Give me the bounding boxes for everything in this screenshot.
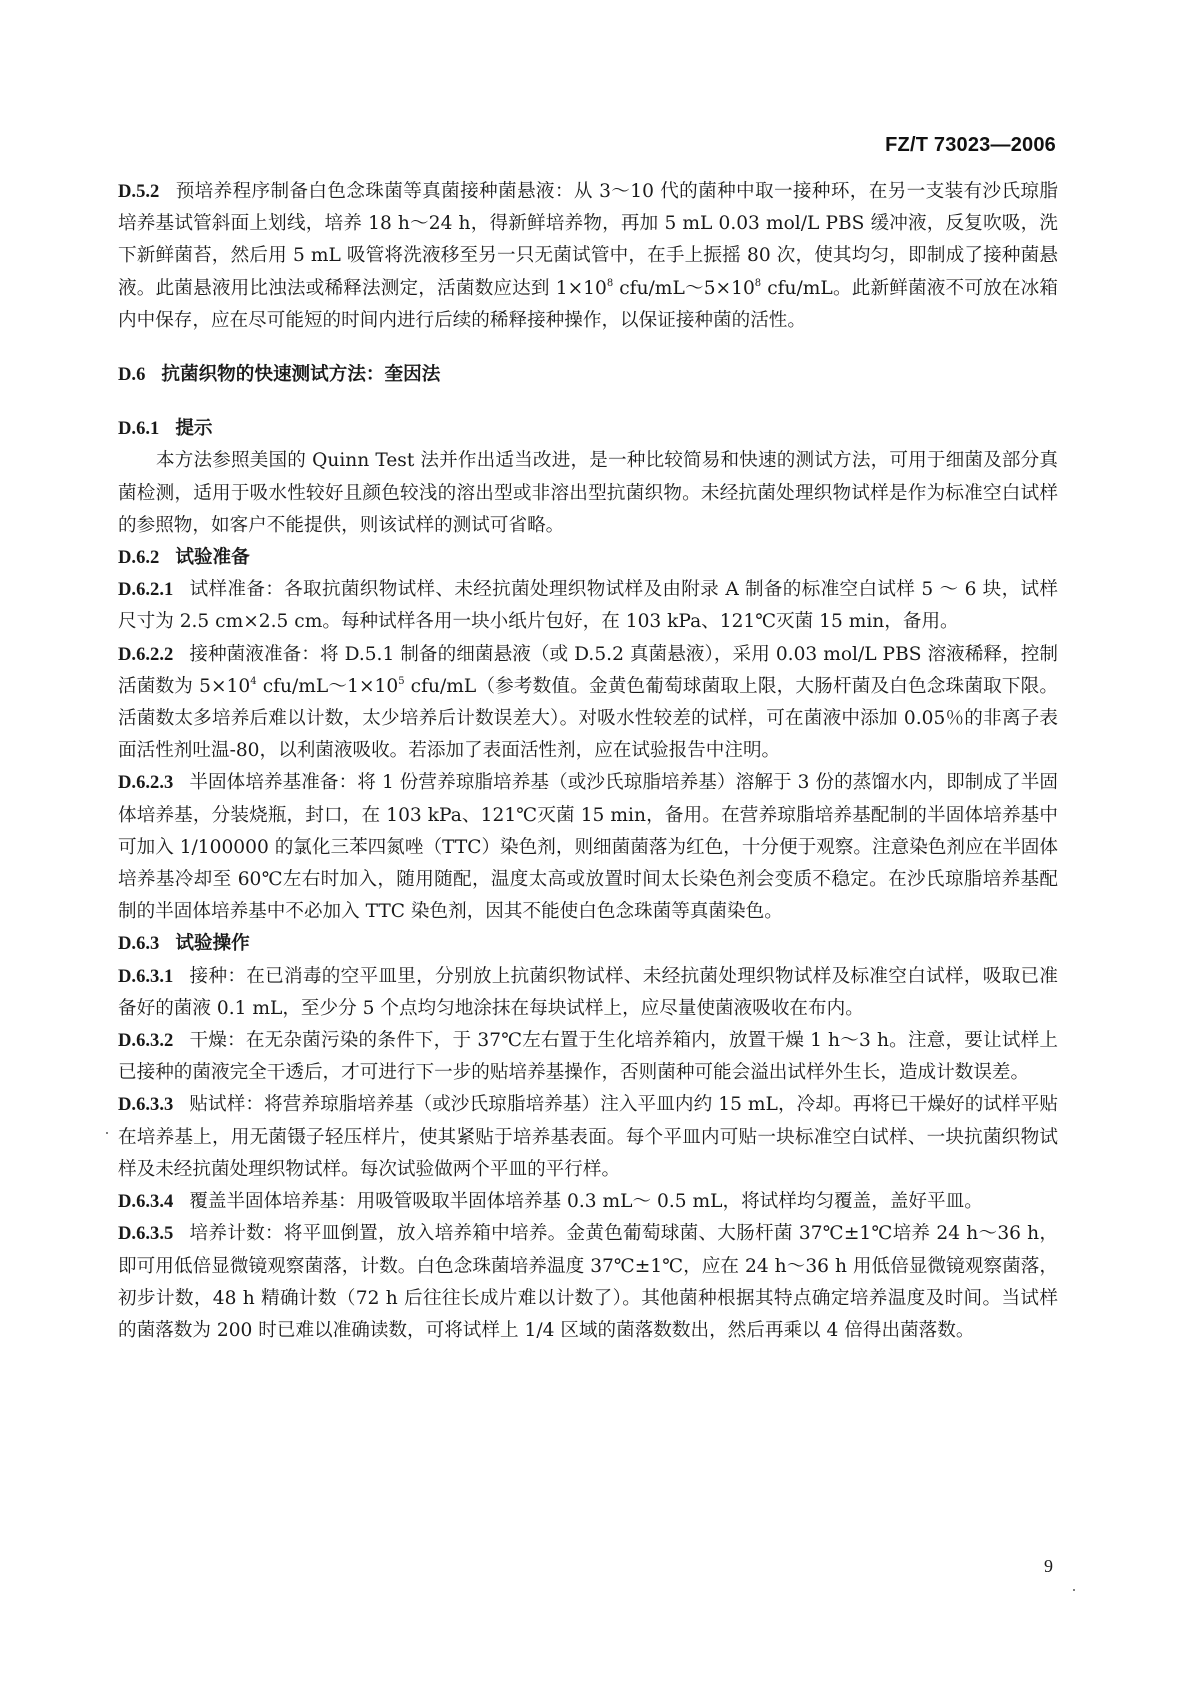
clause-title: 预培养程序制备白色念珠菌等真菌接种菌悬液：: [175, 181, 574, 202]
clause-number: D.6.2.1: [118, 579, 173, 600]
section-number: D.6: [118, 364, 145, 385]
clause-number: D.6.2.3: [118, 772, 173, 793]
clause-d-6-2-2: D.6.2.2接种菌液准备：将 D.5.1 制备的细菌悬液（或 D.5.2 真菌…: [118, 639, 1058, 768]
scan-speck: [106, 1132, 108, 1134]
clause-text: 覆盖半固体培养基：用吸管吸取半固体培养基 0.3 mL～ 0.5 mL，将试样均…: [189, 1191, 983, 1212]
clause-d-6-2-3: D.6.2.3半固体培养基准备：将 1 份营养琼脂培养基（或沙氏琼脂培养基）溶解…: [118, 767, 1058, 928]
clause-heading-d-6-2: D.6.2试验准备: [118, 542, 1058, 574]
clause-number: D.6.1: [118, 418, 159, 439]
clause-title: 试验准备: [175, 547, 249, 568]
clause-number: D.6.3.4: [118, 1191, 173, 1212]
clause-d-6-3-1: D.6.3.1接种：在已消毒的空平皿里，分别放上抗菌织物试样、未经抗菌处理织物试…: [118, 961, 1058, 1025]
document-page: FZ/T 73023—2006 D.5.2预培养程序制备白色念珠菌等真菌接种菌悬…: [0, 0, 1200, 1696]
clause-text: 接种：在已消毒的空平皿里，分别放上抗菌织物试样、未经抗菌处理织物试样及标准空白试…: [118, 966, 1058, 1019]
section-title: 抗菌织物的快速测试方法：奎因法: [161, 364, 440, 385]
clause-d-6-3-4: D.6.3.4覆盖半固体培养基：用吸管吸取半固体培养基 0.3 mL～ 0.5 …: [118, 1186, 1058, 1218]
document-body: D.5.2预培养程序制备白色念珠菌等真菌接种菌悬液：从 3～10 代的菌种中取一…: [118, 176, 1058, 1347]
clause-d-5-2: D.5.2预培养程序制备白色念珠菌等真菌接种菌悬液：从 3～10 代的菌种中取一…: [118, 176, 1058, 337]
page-number: 9: [1044, 1556, 1053, 1577]
clause-heading-d-6-1: D.6.1提示: [118, 413, 1058, 445]
clause-text: 贴试样：将营养琼脂培养基（或沙氏琼脂培养基）注入平皿内约 15 mL，冷却。再将…: [118, 1094, 1058, 1179]
clause-title: 提示: [175, 418, 212, 439]
section-heading-d-6: D.6抗菌织物的快速测试方法：奎因法: [118, 359, 1058, 391]
clause-number: D.6.3.2: [118, 1030, 173, 1051]
clause-d-6-3-2: D.6.3.2干燥：在无杂菌污染的条件下，于 37℃左右置于生化培养箱内，放置干…: [118, 1025, 1058, 1089]
clause-d-6-2-1: D.6.2.1试样准备：各取抗菌织物试样、未经抗菌处理织物试样及由附录 A 制备…: [118, 574, 1058, 638]
clause-number: D.6.3.3: [118, 1094, 173, 1115]
clause-text: 半固体培养基准备：将 1 份营养琼脂培养基（或沙氏琼脂培养基）溶解于 3 份的蒸…: [118, 772, 1058, 922]
clause-number: D.6.2.2: [118, 644, 173, 665]
clause-number: D.6.2: [118, 547, 159, 568]
clause-title: 试验操作: [175, 933, 249, 954]
clause-number: D.5.2: [118, 181, 159, 202]
clause-heading-d-6-3: D.6.3试验操作: [118, 928, 1058, 960]
clause-number: D.6.3: [118, 933, 159, 954]
clause-text: 干燥：在无杂菌污染的条件下，于 37℃左右置于生化培养箱内，放置干燥 1 h～3…: [118, 1030, 1058, 1083]
clause-number: D.6.3.1: [118, 966, 173, 987]
clause-text: cfu/mL～5×10: [613, 278, 755, 299]
clause-d-6-1-text: 本方法参照美国的 Quinn Test 法并作出适当改进，是一种比较简易和快速的…: [118, 445, 1058, 542]
clause-text: 试样准备：各取抗菌织物试样、未经抗菌处理织物试样及由附录 A 制备的标准空白试样…: [118, 579, 1058, 632]
standard-code-header: FZ/T 73023—2006: [885, 134, 1056, 157]
clause-d-6-3-5: D.6.3.5培养计数：将平皿倒置，放入培养箱中培养。金黄色葡萄球菌、大肠杆菌 …: [118, 1218, 1058, 1347]
clause-text: 培养计数：将平皿倒置，放入培养箱中培养。金黄色葡萄球菌、大肠杆菌 37℃±1℃培…: [118, 1223, 1058, 1341]
clause-number: D.6.3.5: [118, 1223, 173, 1244]
clause-text: cfu/mL～1×10: [257, 676, 399, 697]
scan-speck: [1073, 1589, 1075, 1591]
clause-d-6-3-3: D.6.3.3贴试样：将营养琼脂培养基（或沙氏琼脂培养基）注入平皿内约 15 m…: [118, 1089, 1058, 1186]
